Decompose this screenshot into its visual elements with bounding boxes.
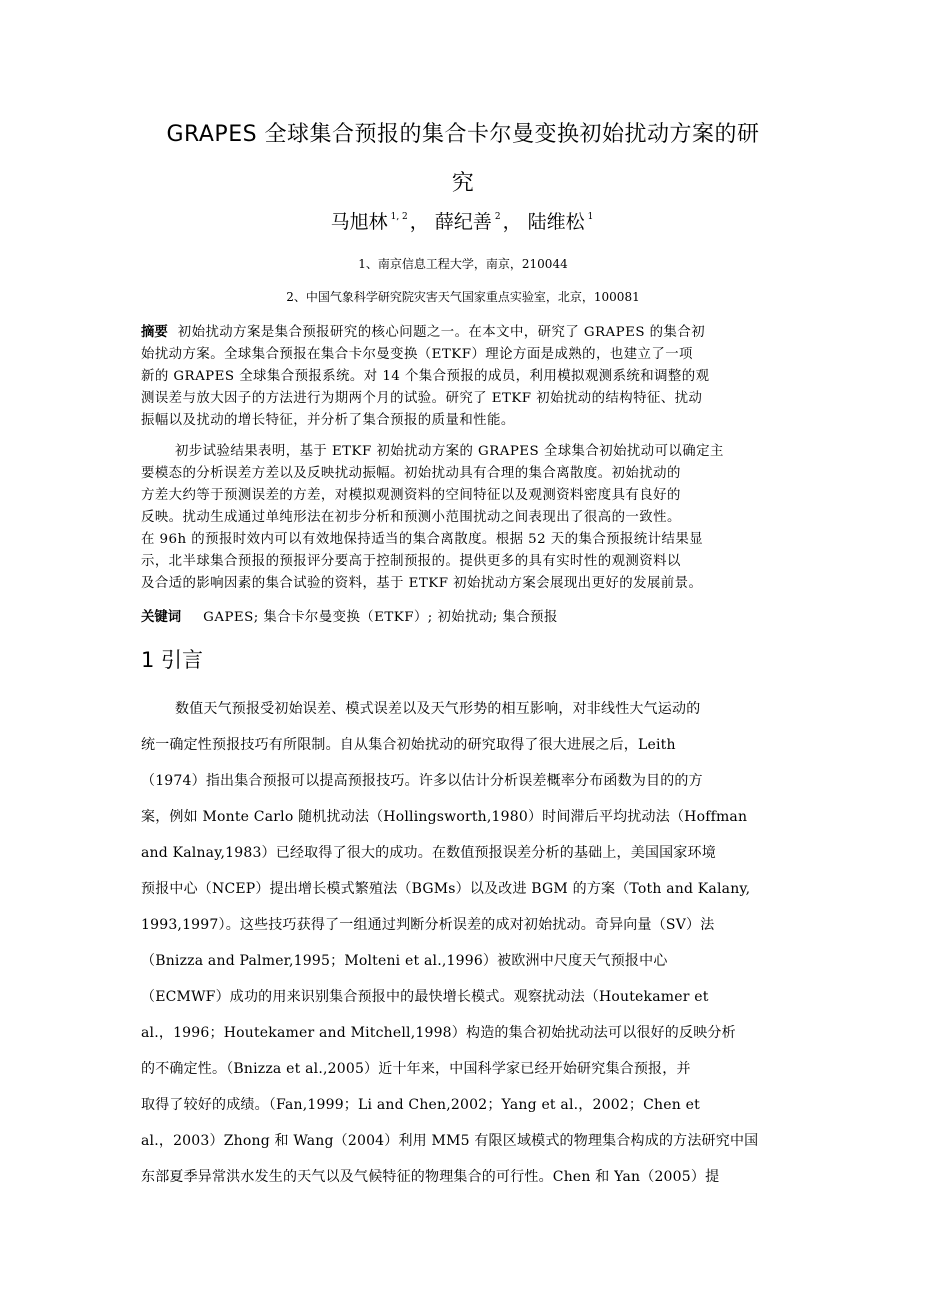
- abstract-line: 及合适的影响因素的集合试验的资料，基于 ETKF 初始扰动方案会展现出更好的发展…: [141, 572, 781, 591]
- author-affiliation-mark: 2: [495, 212, 501, 222]
- abstract-line: 在 96h 的预报时效内可以有效地保持适当的集合离散度。根据 52 天的集合预报…: [141, 528, 781, 547]
- body-line: 东部夏季异常洪水发生的天气以及气候特征的物理集合的可行性。Chen 和 Yan（…: [141, 1166, 786, 1186]
- abstract-line: 新的 GRAPES 全球集合预报系统。对 14 个集合预报的成员，利用模拟观测系…: [141, 365, 781, 384]
- affiliation-1: 1、南京信息工程大学，南京，210044: [0, 255, 926, 272]
- abstract-line: 摘要初始扰动方案是集合预报研究的核心问题之一。在本文中，研究了 GRAPES 的…: [141, 321, 781, 340]
- author-affiliation-mark: 1: [588, 212, 594, 222]
- abstract-label: 摘要: [141, 325, 168, 340]
- body-line: （Bnizza and Palmer,1995；Molteni et al.,1…: [141, 950, 786, 970]
- author-name: 马旭林: [331, 211, 388, 233]
- body-line: al.，2003）Zhong 和 Wang（2004）利用 MM5 有限区域模式…: [141, 1130, 786, 1150]
- keywords-label: 关键词: [141, 610, 181, 625]
- body-line: 的不确定性。（Bnizza et al.,2005）近十年来，中国科学家已经开始…: [141, 1058, 786, 1078]
- paper-page: GRAPES 全球集合预报的集合卡尔曼变换初始扰动方案的研 究 马旭林1, 2，…: [0, 0, 926, 1309]
- author-separator: ，: [503, 211, 522, 233]
- abstract-line: 振幅以及扰动的增长特征，并分析了集合预报的质量和性能。: [141, 409, 781, 428]
- body-line: （ECMWF）成功的用来识别集合预报中的最快增长模式。观察扰动法（Houteka…: [141, 986, 786, 1006]
- abstract-line: 示，北半球集合预报的预报评分要高于控制预报的。提供更多的具有实时性的观测资料以: [141, 550, 781, 569]
- body-line: 数值天气预报受初始误差、模式误差以及天气形势的相互影响，对非线性大气运动的: [141, 698, 820, 718]
- abstract-line: 测误差与放大因子的方法进行为期两个月的试验。研究了 ETKF 初始扰动的结构特征…: [141, 387, 781, 406]
- abstract-line: 方差大约等于预测误差的方差，对模拟观测资料的空间特征以及观测资料密度具有良好的: [141, 484, 781, 503]
- body-line: 1993,1997）。这些技巧获得了一组通过判断分析误差的成对初始扰动。奇异向量…: [141, 914, 786, 934]
- keywords-text: GAPES; 集合卡尔曼变换（ETKF）; 初始扰动; 集合预报: [203, 610, 558, 625]
- author-name: 薛纪善: [435, 211, 492, 233]
- keywords-line: 关键词GAPES; 集合卡尔曼变换（ETKF）; 初始扰动; 集合预报: [141, 606, 781, 625]
- author-affiliation-mark: 1, 2: [391, 212, 408, 222]
- paper-title-line-1: GRAPES 全球集合预报的集合卡尔曼变换初始扰动方案的研: [100, 117, 826, 148]
- body-line: （1974）指出集合预报可以提高预报技巧。许多以估计分析误差概率分布函数为目的的…: [141, 770, 786, 790]
- author-separator: ，: [410, 211, 429, 233]
- abstract-line: 初步试验结果表明，基于 ETKF 初始扰动方案的 GRAPES 全球集合初始扰动…: [141, 440, 815, 459]
- abstract-line: 反映。扰动生成通过单纯形法在初步分析和预测小范围扰动之间表现出了很高的一致性。: [141, 506, 781, 525]
- paper-title-line-2: 究: [100, 166, 826, 197]
- body-line: 统一确定性预报技巧有所限制。自从集合初始扰动的研究取得了很大进展之后，Leith: [141, 734, 786, 754]
- abstract-line: 始扰动方案。全球集合预报在集合卡尔曼变换（ETKF）理论方面是成熟的，也建立了一…: [141, 343, 781, 362]
- author-name: 陆维松: [528, 211, 585, 233]
- body-line: 取得了较好的成绩。（Fan,1999；Li and Chen,2002；Yang…: [141, 1094, 786, 1114]
- body-line: 案，例如 Monte Carlo 随机扰动法（Hollingsworth,198…: [141, 806, 786, 826]
- abstract-text: 初始扰动方案是集合预报研究的核心问题之一。在本文中，研究了 GRAPES 的集合…: [178, 325, 705, 340]
- body-line: and Kalnay,1983）已经取得了很大的成功。在数值预报误差分析的基础上…: [141, 842, 786, 862]
- affiliation-2: 2、中国气象科学研究院灾害天气国家重点实验室，北京，100081: [0, 288, 926, 305]
- body-line: 预报中心（NCEP）提出增长模式繁殖法（BGMs）以及改进 BGM 的方案（To…: [141, 878, 786, 898]
- author-list: 马旭林1, 2， 薛纪善2， 陆维松1: [0, 207, 926, 234]
- abstract-line: 要模态的分析误差方差以及反映扰动振幅。初始扰动具有合理的集合离散度。初始扰动的: [141, 462, 781, 481]
- section-heading-introduction: 1 引言: [141, 644, 203, 674]
- body-line: al.，1996；Houtekamer and Mitchell,1998）构造…: [141, 1022, 786, 1042]
